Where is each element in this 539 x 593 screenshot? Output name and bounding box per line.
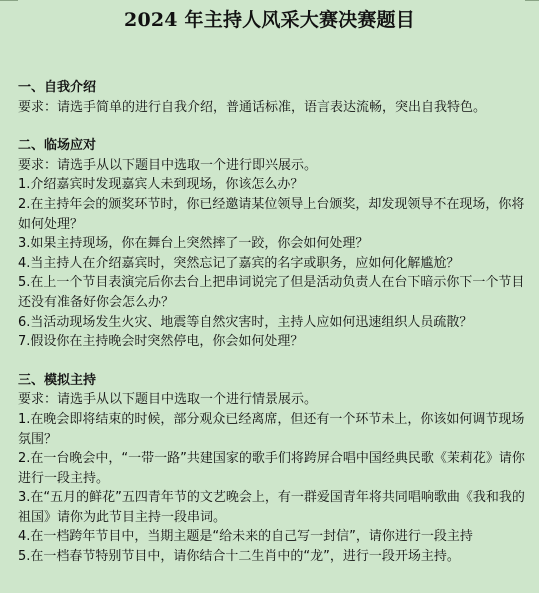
section-requirement: 要求：请选手简单的进行自我介绍，普通话标准，语言表达流畅，突出自我特色。 bbox=[18, 98, 528, 118]
question-item: 1.在晚会即将结束的时候，部分观众已经离席，但还有一个环节未上，你该如何调节现场… bbox=[18, 410, 528, 449]
page-edge-marker-left bbox=[0, 0, 18, 1]
question-item: 3.如果主持现场，你在舞台上突然摔了一跤，你会如何处理？ bbox=[18, 234, 528, 254]
section-mock-hosting: 三、模拟主持 要求：请选手从以下题目中选取一个进行情景展示。 1.在晚会即将结束… bbox=[18, 371, 528, 567]
section-self-introduction: 一、自我介绍 要求：请选手简单的进行自我介绍，普通话标准，语言表达流畅，突出自我… bbox=[18, 78, 528, 117]
document-body: 一、自我介绍 要求：请选手简单的进行自我介绍，普通话标准，语言表达流畅，突出自我… bbox=[18, 78, 528, 567]
spacer bbox=[18, 352, 528, 371]
question-item: 5.在一档春节特别节目中，请你结合十二生肖中的“龙”，进行一段开场主持。 bbox=[18, 547, 528, 567]
question-item: 4.当主持人在介绍嘉宾时，突然忘记了嘉宾的名字或职务，应如何化解尴尬？ bbox=[18, 254, 528, 274]
question-item: 2.在一台晚会中，“一带一路”共建国家的歌手们将跨屏合唱中国经典民歌《茉莉花》请… bbox=[18, 449, 528, 488]
section-impromptu-response: 二、临场应对 要求：请选手从以下题目中选取一个进行即兴展示。 1.介绍嘉宾时发现… bbox=[18, 136, 528, 352]
question-item: 2.在主持年会的颁奖环节时，你已经邀请某位领导上台颁奖，却发现领导不在现场，你将… bbox=[18, 195, 528, 234]
document-title: 2024 年主持人风采大赛决赛题目 bbox=[0, 7, 539, 33]
question-item: 3.在“五月的鲜花”五四青年节的文艺晚会上，有一群爱国青年将共同唱响歌曲《我和我… bbox=[18, 488, 528, 527]
section-requirement: 要求：请选手从以下题目中选取一个进行情景展示。 bbox=[18, 390, 528, 410]
section-heading: 一、自我介绍 bbox=[18, 78, 528, 98]
page-edge-marker-right bbox=[525, 0, 539, 1]
spacer bbox=[18, 117, 528, 136]
section-heading: 三、模拟主持 bbox=[18, 371, 528, 391]
section-requirement: 要求：请选手从以下题目中选取一个进行即兴展示。 bbox=[18, 156, 528, 176]
question-item: 7.假设你在主持晚会时突然停电，你会如何处理？ bbox=[18, 332, 528, 352]
section-heading: 二、临场应对 bbox=[18, 136, 528, 156]
question-item: 1.介绍嘉宾时发现嘉宾人未到现场，你该怎么办？ bbox=[18, 175, 528, 195]
question-item: 4.在一档跨年节目中，当期主题是“给未来的自己写一封信”，请你进行一段主持 bbox=[18, 527, 528, 547]
question-item: 5.在上一个节目表演完后你去台上把串词说完了但是活动负责人在台下暗示你下一个节目… bbox=[18, 273, 528, 312]
question-item: 6.当活动现场发生火灾、地震等自然灾害时，主持人应如何迅速组织人员疏散？ bbox=[18, 313, 528, 333]
